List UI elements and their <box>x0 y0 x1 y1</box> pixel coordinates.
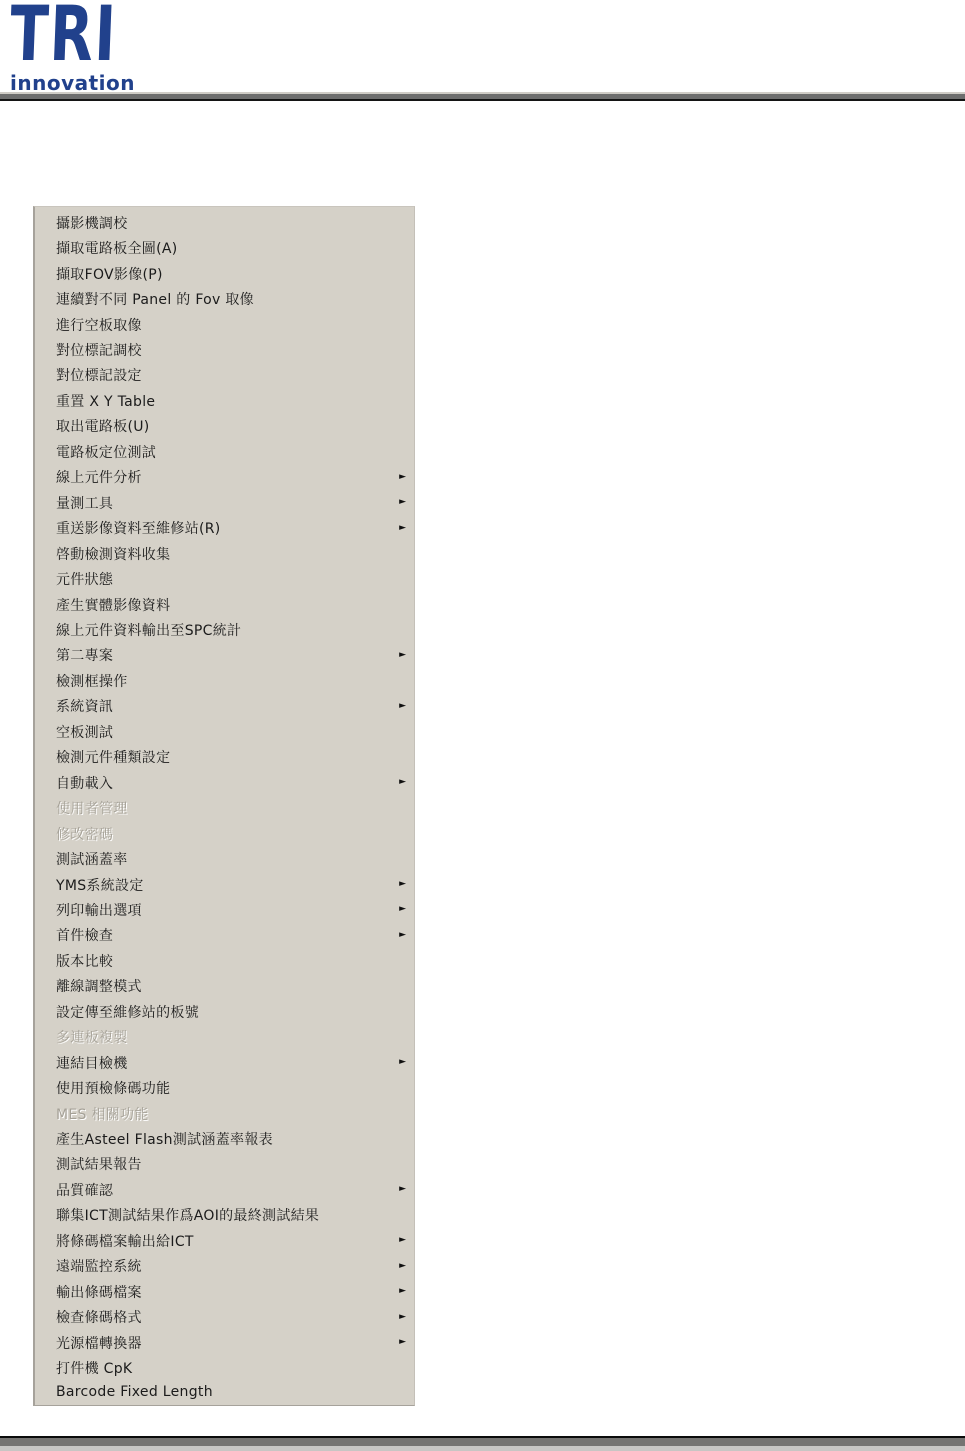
menu-item-label: YMS系統設定 <box>56 875 392 895</box>
menu-item-label: 產生實體影像資料 <box>56 595 392 615</box>
menu-item[interactable]: 產生實體影像資料 <box>35 592 414 617</box>
menu-item[interactable]: 啓動檢測資料收集 <box>35 541 414 566</box>
menu-item-label: 檢測元件種類設定 <box>56 747 392 767</box>
menu-item[interactable]: 首件檢查► <box>35 923 414 948</box>
submenu-arrow-icon: ► <box>392 1262 406 1271</box>
menu-item-label: 修改密碼 <box>56 824 392 844</box>
menu-item[interactable]: 使用預檢條碼功能 <box>35 1075 414 1100</box>
menu-item: 使用者管理 <box>35 795 414 820</box>
menu-item-label: 連續對不同 Panel 的 Fov 取像 <box>56 289 392 309</box>
menu-item[interactable]: 打件機 CpK <box>35 1355 414 1380</box>
menu-item-label: 第二專案 <box>56 645 392 665</box>
menu-item-label: 連結目檢機 <box>56 1053 392 1073</box>
menu-item-label: 品質確認 <box>56 1180 392 1200</box>
submenu-arrow-icon: ► <box>392 1338 406 1347</box>
submenu-arrow-icon: ► <box>392 651 406 660</box>
menu-item-label: 離線調整模式 <box>56 976 392 996</box>
menu-item-label: 產生Asteel Flash測試涵蓋率報表 <box>56 1129 392 1149</box>
submenu-arrow-icon: ► <box>392 1313 406 1322</box>
menu-item-label: 進行空板取像 <box>56 315 392 335</box>
menu-item-label: 系統資訊 <box>56 696 392 716</box>
menu-item-label: 對位標記設定 <box>56 365 392 385</box>
menu-item-label: 遠端監控系統 <box>56 1256 392 1276</box>
menu-item[interactable]: 光源檔轉換器► <box>35 1330 414 1355</box>
submenu-arrow-icon: ► <box>392 931 406 940</box>
submenu-arrow-icon: ► <box>392 880 406 889</box>
submenu-arrow-icon: ► <box>392 473 406 482</box>
menu-item[interactable]: 第二專案► <box>35 643 414 668</box>
context-menu: 攝影機調校擷取電路板全圖(A)擷取FOV影像(P)連續對不同 Panel 的 F… <box>33 206 415 1406</box>
submenu-arrow-icon: ► <box>392 905 406 914</box>
menu-item-label: 自動載入 <box>56 773 392 793</box>
menu-item[interactable]: 產生Asteel Flash測試涵蓋率報表 <box>35 1126 414 1151</box>
menu-item-label: 測試結果報告 <box>56 1154 392 1174</box>
menu-item-label: 對位標記調校 <box>56 340 392 360</box>
menu-item[interactable]: 電路板定位測試 <box>35 439 414 464</box>
menu-item-label: 測試涵蓋率 <box>56 849 392 869</box>
submenu-arrow-icon: ► <box>392 1287 406 1296</box>
tri-logo: TRI innovation <box>10 2 155 95</box>
menu-item[interactable]: 攝影機調校 <box>35 210 414 235</box>
menu-item-label: 線上元件分析 <box>56 467 392 487</box>
menu-item-label: 重送影像資料至維修站(R) <box>56 518 392 538</box>
menu-item[interactable]: 連續對不同 Panel 的 Fov 取像 <box>35 286 414 311</box>
menu-item[interactable]: 離線調整模式 <box>35 974 414 999</box>
menu-item-label: 聯集ICT測試結果作爲AOI的最終測試結果 <box>56 1205 392 1225</box>
menu-item[interactable]: 列印輸出選項► <box>35 897 414 922</box>
menu-item-label: 檢查條碼格式 <box>56 1307 392 1327</box>
menu-item-label: 電路板定位測試 <box>56 442 392 462</box>
menu-item[interactable]: 版本比較 <box>35 948 414 973</box>
menu-item[interactable]: 設定傳至維修站的板號 <box>35 999 414 1024</box>
menu-item[interactable]: 測試涵蓋率 <box>35 846 414 871</box>
menu-item-label: 設定傳至維修站的板號 <box>56 1002 392 1022</box>
menu-item-label: 線上元件資料輸出至SPC統計 <box>56 620 392 640</box>
menu-item-label: Barcode Fixed Length <box>56 1384 392 1400</box>
menu-item[interactable]: 遠端監控系統► <box>35 1254 414 1279</box>
menu-item[interactable]: Barcode Fixed Length <box>35 1381 414 1402</box>
menu-item: 修改密碼 <box>35 821 414 846</box>
menu-item-label: 列印輸出選項 <box>56 900 392 920</box>
menu-item-label: 量測工具 <box>56 493 392 513</box>
submenu-arrow-icon: ► <box>392 1058 406 1067</box>
menu-item: 多連板複製 <box>35 1025 414 1050</box>
menu-item: MES 相關功能 <box>35 1101 414 1126</box>
menu-item[interactable]: 線上元件分析► <box>35 465 414 490</box>
menu-item[interactable]: 將條碼檔案輸出給ICT► <box>35 1228 414 1253</box>
menu-item[interactable]: 自動載入► <box>35 770 414 795</box>
menu-item-label: 多連板複製 <box>56 1027 392 1047</box>
menu-item-label: 攝影機調校 <box>56 213 392 233</box>
menu-item-label: 擷取FOV影像(P) <box>56 264 392 284</box>
menu-item-label: 使用者管理 <box>56 798 392 818</box>
menu-item[interactable]: 空板測試 <box>35 719 414 744</box>
menu-item[interactable]: 對位標記調校 <box>35 337 414 362</box>
submenu-arrow-icon: ► <box>392 498 406 507</box>
submenu-arrow-icon: ► <box>392 1236 406 1245</box>
menu-item[interactable]: 重置 X Y Table <box>35 388 414 413</box>
menu-item-label: 版本比較 <box>56 951 392 971</box>
menu-item-label: MES 相關功能 <box>56 1104 392 1124</box>
menu-item[interactable]: 檢測框操作 <box>35 668 414 693</box>
menu-item[interactable]: 聯集ICT測試結果作爲AOI的最終測試結果 <box>35 1203 414 1228</box>
menu-item[interactable]: 品質確認► <box>35 1177 414 1202</box>
menu-item[interactable]: 對位標記設定 <box>35 363 414 388</box>
submenu-arrow-icon: ► <box>392 778 406 787</box>
menu-item[interactable]: 擷取電路板全圖(A) <box>35 235 414 260</box>
header-divider <box>0 92 965 101</box>
menu-item[interactable]: 檢測元件種類設定 <box>35 745 414 770</box>
menu-item-label: 首件檢查 <box>56 925 392 945</box>
menu-item-label: 光源檔轉換器 <box>56 1333 392 1353</box>
menu-item-label: 空板測試 <box>56 722 392 742</box>
footer-divider-gray-bar <box>0 1438 965 1446</box>
menu-item-label: 啓動檢測資料收集 <box>56 544 392 564</box>
menu-item-label: 檢測框操作 <box>56 671 392 691</box>
submenu-arrow-icon: ► <box>392 702 406 711</box>
footer-divider <box>0 1436 965 1451</box>
menu-item[interactable]: 連結目檢機► <box>35 1050 414 1075</box>
menu-item[interactable]: 線上元件資料輸出至SPC統計 <box>35 617 414 642</box>
menu-item-label: 取出電路板(U) <box>56 416 392 436</box>
menu-item[interactable]: 檢查條碼格式► <box>35 1304 414 1329</box>
menu-item[interactable]: 測試結果報告 <box>35 1152 414 1177</box>
menu-item[interactable]: 系統資訊► <box>35 694 414 719</box>
menu-item-label: 使用預檢條碼功能 <box>56 1078 392 1098</box>
menu-item-label: 重置 X Y Table <box>56 391 392 411</box>
menu-item[interactable]: 進行空板取像 <box>35 312 414 337</box>
submenu-arrow-icon: ► <box>392 524 406 533</box>
menu-item-label: 將條碼檔案輸出給ICT <box>56 1231 392 1251</box>
tri-logo-text: TRI <box>9 2 119 66</box>
menu-item-label: 打件機 CpK <box>56 1358 392 1378</box>
menu-item[interactable]: 重送影像資料至維修站(R)► <box>35 515 414 540</box>
menu-item[interactable]: 擷取FOV影像(P) <box>35 261 414 286</box>
menu-item[interactable]: 量測工具► <box>35 490 414 515</box>
footer-divider-light-bar <box>0 1446 965 1451</box>
submenu-arrow-icon: ► <box>392 1185 406 1194</box>
header-divider-dark-line <box>0 99 965 101</box>
menu-item-label: 元件狀態 <box>56 569 392 589</box>
menu-item[interactable]: YMS系統設定► <box>35 872 414 897</box>
menu-item[interactable]: 元件狀態 <box>35 566 414 591</box>
menu-item-label: 輸出條碼檔案 <box>56 1282 392 1302</box>
menu-item[interactable]: 取出電路板(U) <box>35 414 414 439</box>
menu-item-label: 擷取電路板全圖(A) <box>56 238 392 258</box>
menu-item[interactable]: 輸出條碼檔案► <box>35 1279 414 1304</box>
